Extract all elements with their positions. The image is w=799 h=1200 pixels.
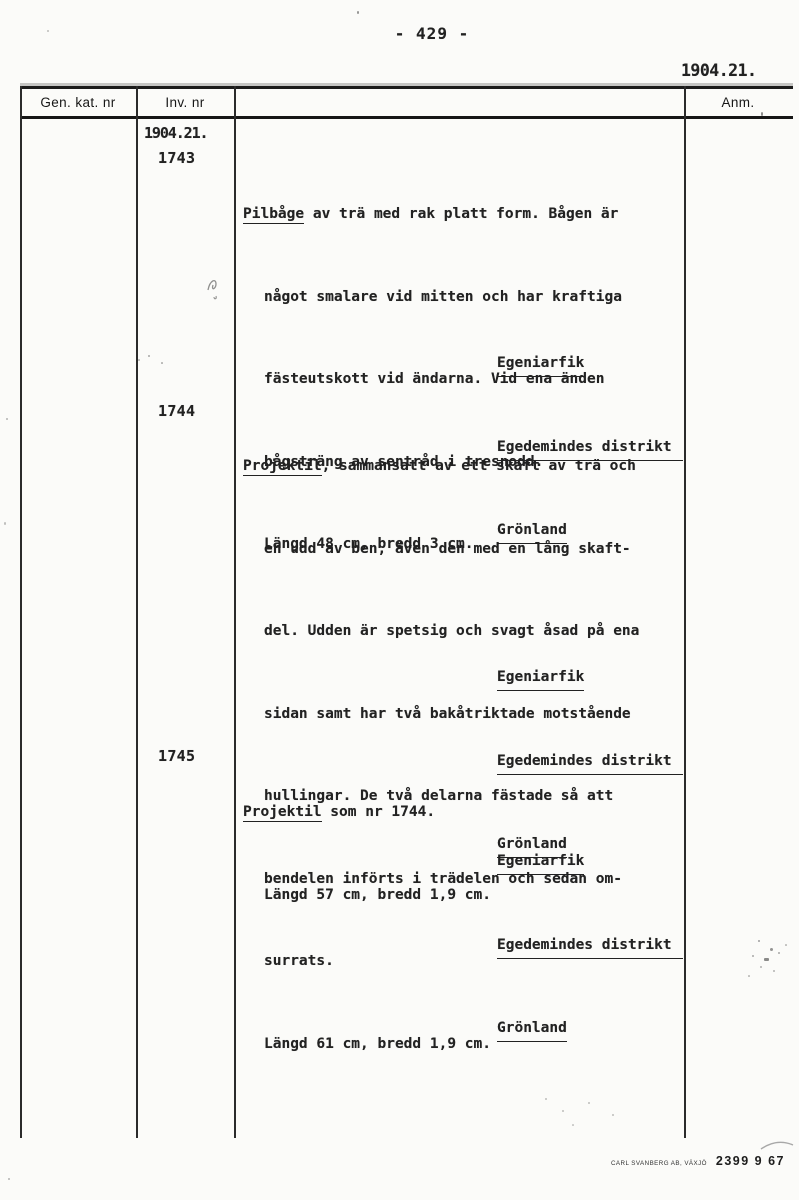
column-header-anm: Anm. [684, 95, 792, 110]
provenance-place: Egeniarfik [497, 849, 584, 875]
provenance-block: Egeniarfik Egedemindes distrikt Grönland [497, 794, 683, 1100]
table-left-border [20, 86, 22, 1138]
scan-speck [161, 362, 163, 364]
provenance-place: Egeniarfik [497, 665, 584, 691]
inv-number: 1745 [158, 749, 195, 764]
description-line-rest: av trä med rak platt form. Bågen är [304, 206, 618, 222]
scan-speck [545, 1098, 547, 1100]
scan-speck [4, 522, 6, 525]
table-divider-genkat-inv [136, 86, 138, 1138]
scan-speck [47, 30, 49, 32]
scan-speck [770, 948, 773, 951]
inv-number: 1743 [158, 151, 195, 166]
printer-code: 2399 9 67 [716, 1154, 785, 1168]
object-term-underlined: Projektil [243, 804, 322, 822]
provenance-place: Egeniarfik [497, 351, 584, 377]
table-divider-inv-desc [234, 86, 236, 1138]
provenance-country: Grönland [497, 1016, 567, 1042]
object-term-underlined: Projektil [243, 458, 322, 476]
inv-number: 1744 [158, 404, 195, 419]
scan-speck [748, 975, 750, 977]
catalog-year-ref-top: 1904.21. [681, 61, 756, 80]
scan-speck [138, 359, 140, 361]
description-line: Pilbåge av trä med rak platt form. Bågen… [243, 201, 695, 229]
column-header-gen-kat-nr: Gen. kat. nr [20, 95, 136, 110]
scan-speck [778, 952, 780, 954]
scan-speck [761, 112, 763, 116]
scan-speck [588, 1102, 590, 1104]
provenance-district: Egedemindes distrikt [497, 933, 683, 959]
scan-speck [752, 955, 754, 957]
scan-speck [785, 944, 787, 946]
printer-imprint: CARL SVANBERG AB, VÄXJÖ 2399 9 67 [560, 1154, 785, 1168]
printer-name: CARL SVANBERG AB, VÄXJÖ [611, 1160, 707, 1167]
description-line-rest: , sammansatt av ett skaft av trä och [322, 458, 636, 474]
scan-speck [773, 970, 775, 972]
group-heading-catalog-number: 1904.21. [144, 124, 207, 142]
scan-speck [764, 958, 769, 961]
scan-speck [760, 966, 762, 968]
scan-speck [758, 940, 760, 942]
pencil-swoosh-mark [760, 1140, 794, 1152]
page-number: - 429 - [392, 24, 472, 43]
object-term-underlined: Pilbåge [243, 206, 304, 224]
scan-speck [6, 418, 8, 420]
scan-speck [572, 1124, 574, 1126]
scan-speck [357, 11, 359, 14]
description-line: en udd av ben, även den med en lång skaf… [243, 536, 695, 564]
scan-speck [8, 1178, 10, 1180]
pencil-squiggle-mark [204, 274, 222, 300]
description-line-rest: som nr 1744. [322, 804, 436, 820]
column-header-inv-nr: Inv. nr [136, 95, 234, 110]
scan-speck [148, 355, 150, 357]
scan-speck [562, 1110, 564, 1112]
scan-speck [612, 1114, 614, 1116]
description-line: Projektil, sammansatt av ett skaft av tr… [243, 453, 695, 481]
